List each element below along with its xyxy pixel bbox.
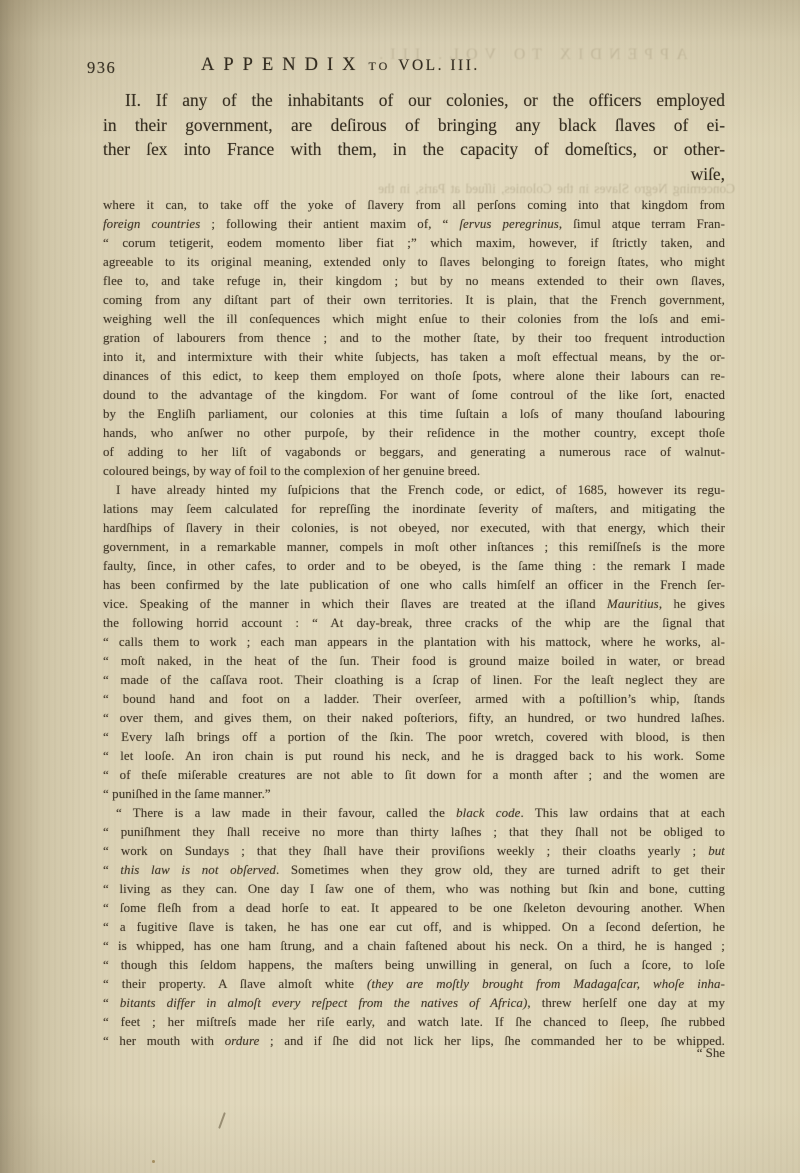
footnote-line: “ their property. A ſlave almoſt white (…	[103, 975, 725, 994]
main-paragraph: II. If any of the inhabitants of our col…	[103, 88, 725, 186]
footnote-line: foreign countries ; following their anti…	[103, 215, 725, 234]
paper-scratch-mark	[218, 1112, 226, 1129]
footnote-line: flee to, and take refuge in, their kingd…	[103, 272, 725, 291]
book-page-scan: APPENDIX TO VOL. III. Concerning Negro S…	[0, 0, 800, 1173]
footnote-line: “ work on Sundays ; that they ſhall have…	[103, 842, 725, 861]
footnote-line: faulty, ſince, in other cafes, to order …	[103, 557, 725, 576]
footnote-line: “ calls them to work ; each man appears …	[103, 633, 725, 652]
running-title-volume: VOL. III.	[398, 57, 479, 75]
footnote-line: into it, and intermixture with their whi…	[103, 348, 725, 367]
footnote-line: vice. Speaking of the manner in which th…	[103, 595, 725, 614]
footnote-line: “ bitants differ in almoſt every reſpect…	[103, 994, 725, 1013]
footnote-line: I have already hinted my ſuſpicions that…	[103, 481, 725, 500]
footnote-line: “ Every laſh brings off a portion of the…	[103, 728, 725, 747]
footnote-line: coloured beings, by way of foil to the c…	[103, 462, 725, 481]
footnote-line: by the Engliſh parliament, our colonies …	[103, 405, 725, 424]
footnote-line: of adding to her liſt of vagabonds or be…	[103, 443, 725, 462]
footnote-line: lations may ſeem calculated for repreſſi…	[103, 500, 725, 519]
running-title-appendix: APPENDIX	[201, 55, 364, 76]
footnote-line: “ feet ; her miſtreſs made her riſe earl…	[103, 1013, 725, 1032]
footnote-line: has been confirmed by the late publicati…	[103, 576, 725, 595]
footnote-line: “ There is a law made in their favour, c…	[103, 804, 725, 823]
footnote-line: “ bound hand and foot on a ladder. Their…	[103, 690, 725, 709]
footnote-line: weighing well the ill conſequences which…	[103, 310, 725, 329]
footnote-line: “ made of the caſſava root. Their cloath…	[103, 671, 725, 690]
footnote-block: where it can, to take off the yoke of ſl…	[103, 196, 725, 1051]
main-text-line: II. If any of the inhabitants of our col…	[103, 88, 725, 113]
page-number: 936	[87, 58, 116, 78]
footnote-line: “ a fugitive ſlave is taken, he has one …	[103, 918, 725, 937]
footnote-line: “ of theſe miſerable creatures are not a…	[103, 766, 725, 785]
footnote-line: hands, who anſwer no other purpoſe, by t…	[103, 424, 725, 443]
footnote-line: “ ſome fleſh from a dead horſe to eat. I…	[103, 899, 725, 918]
footnote-line: the following horrid account : “ At day-…	[103, 614, 725, 633]
footnote-line: “ this law is not obſerved. Sometimes wh…	[103, 861, 725, 880]
footnote-line: dound to the advantage of the kingdom. F…	[103, 386, 725, 405]
footnote-line: “ let looſe. An iron chain is put round …	[103, 747, 725, 766]
running-title-to: TO	[368, 59, 390, 74]
footnote-line: coming from any diſtant part of their ow…	[103, 291, 725, 310]
footnote-line: where it can, to take off the yoke of ſl…	[103, 196, 725, 215]
footnote-line: “ over them, and gives them, on their na…	[103, 709, 725, 728]
footnote-line: government, in a remarkable manner, comp…	[103, 538, 725, 557]
footnote-line: “ though this ſeldom happens, the maſter…	[103, 956, 725, 975]
footnote-line: “ is whipped, has one ham ſtrung, and a …	[103, 937, 725, 956]
main-text-line: ther ſex into France with them, in the c…	[103, 137, 725, 162]
footnote-line: hardſhips of ſlavery in their colonies, …	[103, 519, 725, 538]
footnote-line: “ corum tetigerit, eodem momento liber f…	[103, 234, 725, 253]
main-text-line: in their government, are deſirous of bri…	[103, 113, 725, 138]
paper-stain	[690, 600, 800, 780]
paper-stain	[575, 1045, 685, 1155]
footnote-line: “ puniſhment they ſhall receive no more …	[103, 823, 725, 842]
footnote-line: “ living as they can. One day I ſaw one …	[103, 880, 725, 899]
running-title: APPENDIX TO VOL. III.	[201, 55, 480, 76]
footnote-line: “ puniſhed in the ſame manner.”	[103, 785, 725, 804]
main-text-line: wiſe,	[103, 162, 725, 187]
footnote-line: gration of labourers from thence ; and t…	[103, 329, 725, 348]
paper-fleck	[152, 1160, 155, 1163]
footnote-line: “ moſt naked, in the heat of the ſun. Th…	[103, 652, 725, 671]
footnote-line: dinances of this edict, to keep them emp…	[103, 367, 725, 386]
footnote-line: agreeable to its original meaning, exten…	[103, 253, 725, 272]
